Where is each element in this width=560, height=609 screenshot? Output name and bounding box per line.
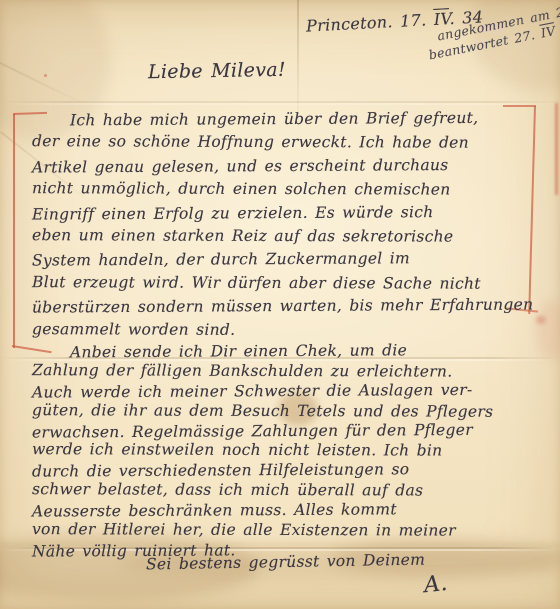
crop-mark-right-top-tick <box>503 105 536 107</box>
red-dot <box>44 74 47 77</box>
salutation: Liebe Mileva! <box>148 59 286 83</box>
body-line: der eine so schöne Hoffnung erweckt. Ich… <box>32 135 542 160</box>
red-edge-streak <box>555 103 558 195</box>
letter-paragraph-2: Anbei sende ich Dir einen Chek, um die Z… <box>32 344 542 563</box>
dateline-prefix: Princeton. 17. <box>306 10 435 36</box>
letter-page: Princeton. 17. IV. 34 angekommen am 26. … <box>0 0 560 609</box>
fold-crease-vertical <box>297 0 299 128</box>
fold-crease-diagonal <box>0 56 87 106</box>
body-line: von der Hitlerei her, die alle Existenze… <box>32 522 542 544</box>
closing-line: Sei bestens gegrüsst von Deinem <box>146 551 425 574</box>
body-line: nicht unmöglich, durch einen solchen che… <box>32 181 542 206</box>
annotation-answered-numeral: IV <box>540 23 557 41</box>
fold-crease-top <box>0 101 560 103</box>
letter-paragraph-1: Ich habe mich ungemein über den Brief ge… <box>32 112 542 346</box>
signature: A. <box>423 571 449 598</box>
crop-mark-left-vertical <box>13 114 15 348</box>
